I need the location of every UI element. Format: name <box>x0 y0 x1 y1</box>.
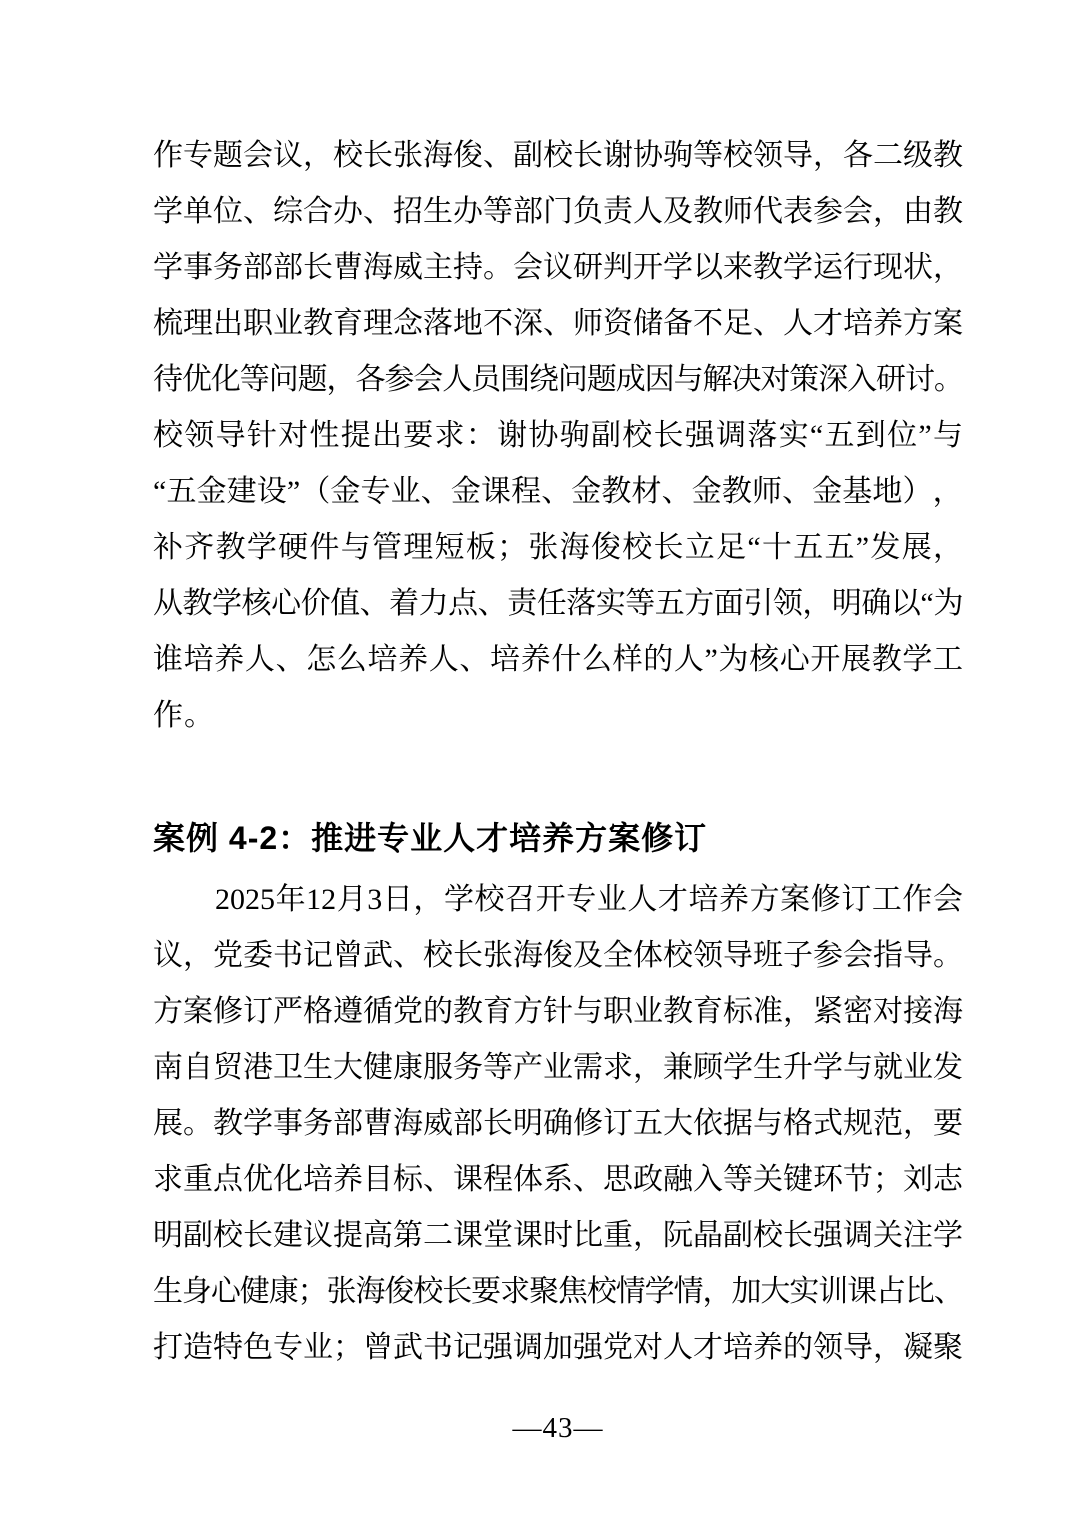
glyph: 板 <box>466 520 496 576</box>
glyph: 建 <box>227 464 257 520</box>
glyph: 单 <box>183 184 213 240</box>
text-line: “五金建设”（金专业、金课程、金教材、金教师、金基地）， <box>153 464 963 520</box>
glyph: 。 <box>483 240 513 296</box>
glyph: 强 <box>573 1320 603 1376</box>
glyph: 为 <box>719 632 749 688</box>
glyph: 二 <box>873 128 903 184</box>
glyph: 学 <box>783 240 813 296</box>
glyph: 判 <box>603 240 633 296</box>
glyph: 责 <box>603 184 633 240</box>
glyph: 张 <box>483 928 513 984</box>
glyph: ， <box>802 576 832 632</box>
glyph: 绕 <box>529 352 558 408</box>
glyph: 海 <box>513 928 543 984</box>
glyph: 事 <box>273 1096 303 1152</box>
glyph: 副 <box>591 408 621 464</box>
glyph: 发 <box>870 520 900 576</box>
glyph: （ <box>300 464 330 520</box>
glyph: 书 <box>423 1320 453 1376</box>
glyph: 人 <box>783 296 813 352</box>
glyph: 对 <box>633 1320 663 1376</box>
glyph: 与 <box>753 1096 783 1152</box>
glyph: 与 <box>843 1040 873 1096</box>
glyph: 办 <box>453 184 483 240</box>
glyph: 五 <box>166 464 196 520</box>
glyph: 张 <box>528 520 558 576</box>
glyph: 责 <box>507 576 537 632</box>
glyph: 现 <box>873 240 903 296</box>
glyph: 出 <box>213 296 243 352</box>
glyph: 以 <box>891 576 921 632</box>
glyph: 明 <box>832 576 862 632</box>
glyph: 发 <box>933 1040 963 1096</box>
glyph: 谢 <box>497 408 527 464</box>
glyph: 健 <box>363 1040 393 1096</box>
glyph: 比 <box>573 1208 603 1264</box>
glyph: 生 <box>423 184 453 240</box>
glyph: 体 <box>633 928 663 984</box>
glyph: 严 <box>273 984 303 1040</box>
glyph: 养 <box>398 632 428 688</box>
glyph: 足 <box>716 520 746 576</box>
glyph: 养 <box>719 872 749 928</box>
glyph: 大 <box>760 1264 789 1320</box>
text-line: 作专题会议，校长张海俊、副校长谢协驹等校领导，各二级教 <box>153 128 963 184</box>
glyph: 研 <box>876 352 905 408</box>
glyph: 教 <box>933 184 963 240</box>
glyph: 开 <box>633 240 663 296</box>
glyph: 优 <box>243 1152 273 1208</box>
glyph: 、 <box>421 464 451 520</box>
glyph: 展 <box>153 1096 183 1152</box>
glyph: 价 <box>301 576 331 632</box>
glyph: 件 <box>309 520 339 576</box>
glyph: 、 <box>276 632 306 688</box>
glyph: 合 <box>303 184 333 240</box>
text-line: 明副校长建议提高第二课堂课时比重，阮晶副校长强调关注学 <box>153 1208 963 1264</box>
glyph: 理 <box>183 296 213 352</box>
glyph: 党 <box>603 1320 633 1376</box>
glyph: 、 <box>459 632 489 688</box>
glyph: 围 <box>500 352 529 408</box>
text-line: 补齐教学硬件与管理短板；张海俊校长立足“十五五”发展， <box>153 520 963 576</box>
text-line: 谁培养人、怎么培养人、培养什么样的人”为核心开展教学工 <box>153 632 963 688</box>
glyph: 化 <box>273 1152 303 1208</box>
glyph: 针 <box>247 408 277 464</box>
glyph: 地 <box>872 464 902 520</box>
glyph: 专 <box>566 872 596 928</box>
glyph: 金 <box>571 464 601 520</box>
glyph: 体 <box>513 1152 543 1208</box>
glyph: ” <box>856 520 869 576</box>
glyph: 驹 <box>663 128 693 184</box>
glyph: 参 <box>813 928 843 984</box>
glyph: 长 <box>363 128 393 184</box>
glyph: 性 <box>309 408 339 464</box>
glyph: 着 <box>389 576 419 632</box>
glyph: 各 <box>355 352 384 408</box>
text-line: 展。教学事务部曹海威部长明确修订五大依据与格式规范，要 <box>153 1096 963 1152</box>
glyph: 作 <box>153 128 183 184</box>
glyph: 曹 <box>333 240 363 296</box>
glyph: ， <box>183 928 213 984</box>
glyph: 位 <box>213 184 243 240</box>
glyph: 到 <box>856 408 886 464</box>
glyph: 深 <box>818 352 847 408</box>
text-line: 方案修订严格遵循党的教育方针与职业教育标准，紧密对接海 <box>153 984 963 1040</box>
glyph: 服 <box>423 1040 453 1096</box>
glyph: 武 <box>393 1320 423 1376</box>
glyph: 晶 <box>693 1208 723 1264</box>
glyph: ， <box>933 520 963 576</box>
glyph: 对 <box>873 984 903 1040</box>
glyph: 环 <box>813 1152 843 1208</box>
glyph: 课 <box>453 1208 483 1264</box>
glyph: 密 <box>843 984 873 1040</box>
text-line: 生身心健康；张海俊校长要求聚焦校情学情，加大实训课占比、 <box>153 1264 963 1320</box>
glyph: 俊 <box>453 128 483 184</box>
glyph: 专 <box>361 464 391 520</box>
glyph: 优 <box>182 352 211 408</box>
glyph: 培 <box>843 296 873 352</box>
text-line: 2025年12月3日，学校召开专业人才培养方案修订工作会 <box>153 872 963 928</box>
glyph: 立 <box>685 520 715 576</box>
glyph: 学 <box>813 1040 843 1096</box>
glyph: 要 <box>471 1264 500 1320</box>
glyph: 级 <box>903 128 933 184</box>
glyph: 导 <box>216 408 246 464</box>
text-line: 学单位、综合办、招生办等部门负责人及教师代表参会，由教 <box>153 184 963 240</box>
glyph: 状 <box>903 240 933 296</box>
glyph: 3 <box>367 872 382 928</box>
glyph: 修 <box>213 984 243 1040</box>
glyph: 五 <box>825 520 855 576</box>
glyph: 校 <box>413 1264 442 1320</box>
glyph: 由 <box>903 184 933 240</box>
glyph: 门 <box>543 184 573 240</box>
glyph: 校 <box>153 408 183 464</box>
glyph: 办 <box>333 184 363 240</box>
glyph: 就 <box>873 1040 903 1096</box>
glyph: 职 <box>243 296 273 352</box>
glyph: 及 <box>663 184 693 240</box>
text-line: 从教学核心价值、着力点、责任落实等五方面引领，明确以“为 <box>153 576 963 632</box>
glyph: 目 <box>363 1152 393 1208</box>
case-paragraph: 2025年12月3日，学校召开专业人才培养方案修订工作会议，党委书记曾武、校长张… <box>153 872 963 1376</box>
glyph: 程 <box>483 1152 513 1208</box>
glyph: 部 <box>243 240 273 296</box>
glyph: 标 <box>393 1152 423 1208</box>
glyph: ” <box>705 632 718 688</box>
glyph: 落 <box>423 296 453 352</box>
glyph: 事 <box>183 240 213 296</box>
glyph: 产 <box>513 1040 543 1096</box>
glyph: 俊 <box>384 1264 413 1320</box>
glyph: 人 <box>633 184 663 240</box>
glyph: 海 <box>933 984 963 1040</box>
glyph: 确 <box>861 576 891 632</box>
glyph: 12 <box>306 872 336 928</box>
glyph: 教 <box>453 984 483 1040</box>
glyph: 对 <box>278 408 308 464</box>
glyph: 养 <box>521 632 551 688</box>
glyph: 参 <box>813 184 843 240</box>
glyph: 接 <box>903 984 933 1040</box>
glyph: 领 <box>813 1320 843 1376</box>
glyph: 领 <box>753 128 783 184</box>
glyph: 高 <box>363 1208 393 1264</box>
glyph: 案 <box>933 296 963 352</box>
glyph: 课 <box>481 464 511 520</box>
glyph: 资 <box>603 296 633 352</box>
glyph: 兼 <box>663 1040 693 1096</box>
glyph: 比 <box>905 1264 934 1320</box>
glyph: 会 <box>843 184 873 240</box>
glyph: 培 <box>490 632 520 688</box>
glyph: 海 <box>363 240 393 296</box>
glyph: 召 <box>505 872 535 928</box>
glyph: 培 <box>367 632 397 688</box>
text-line: 作。 <box>153 688 963 744</box>
glyph: 议 <box>543 240 573 296</box>
glyph: 式 <box>813 1096 843 1152</box>
glyph: 强 <box>813 1208 843 1264</box>
glyph: 怎 <box>306 632 336 688</box>
glyph: 。 <box>933 928 963 984</box>
glyph: 展 <box>902 520 932 576</box>
glyph: 金 <box>330 464 360 520</box>
glyph: 卫 <box>273 1040 303 1096</box>
glyph: 位 <box>887 408 917 464</box>
glyph: 负 <box>573 184 603 240</box>
glyph: 阮 <box>663 1208 693 1264</box>
glyph: 张 <box>327 1264 356 1320</box>
glyph: 聚 <box>933 1320 963 1376</box>
glyph: 实 <box>789 1264 818 1320</box>
glyph: 求 <box>435 408 465 464</box>
text-line: 梳理出职业教育理念落地不深、师资储备不足、人才培养方案 <box>153 296 963 352</box>
glyph: 融 <box>663 1152 693 1208</box>
glyph: 规 <box>843 1096 873 1152</box>
glyph: 谁 <box>153 632 183 688</box>
glyph: 的 <box>643 632 673 688</box>
glyph: 业 <box>303 1320 333 1376</box>
glyph: 的 <box>423 984 453 1040</box>
glyph: 、 <box>753 296 783 352</box>
glyph: 据 <box>723 1096 753 1152</box>
glyph: 训 <box>818 1264 847 1320</box>
glyph: 综 <box>273 184 303 240</box>
glyph: 、 <box>393 928 423 984</box>
glyph: 。 <box>183 1096 213 1152</box>
glyph: 标 <box>723 984 753 1040</box>
glyph: 研 <box>573 240 603 296</box>
glyph: 学 <box>723 1040 753 1096</box>
glyph: 学 <box>243 1096 273 1152</box>
glyph: 方 <box>750 872 780 928</box>
glyph: 实 <box>596 576 626 632</box>
glyph: 学 <box>247 520 277 576</box>
glyph: 方 <box>513 984 543 1040</box>
glyph: 加 <box>731 1264 760 1320</box>
document-page: 作专题会议，校长张海俊、副校长谢协驹等校领导，各二级教学单位、综合办、招生办等部… <box>0 0 1080 1527</box>
glyph: 系 <box>543 1152 573 1208</box>
glyph: 来 <box>723 240 753 296</box>
glyph: 加 <box>543 1320 573 1376</box>
glyph: 教 <box>601 464 631 520</box>
glyph: 题 <box>587 352 616 408</box>
glyph: 短 <box>435 520 465 576</box>
glyph: 俊 <box>543 928 573 984</box>
glyph: 出 <box>372 408 402 464</box>
glyph: ） <box>903 464 933 520</box>
glyph: ； <box>333 1320 363 1376</box>
glyph: 五 <box>793 520 823 576</box>
glyph: 会 <box>513 240 543 296</box>
glyph: 才 <box>658 872 688 928</box>
glyph: 与 <box>933 408 963 464</box>
glyph: 与 <box>674 352 703 408</box>
glyph: 的 <box>783 1320 813 1376</box>
glyph: 准 <box>753 984 783 1040</box>
glyph: 养 <box>333 1152 363 1208</box>
glyph: 海 <box>560 520 590 576</box>
glyph: 占 <box>876 1264 905 1320</box>
glyph: 循 <box>363 984 393 1040</box>
glyph: 焦 <box>558 1264 587 1320</box>
glyph: 年 <box>276 872 306 928</box>
glyph: ， <box>933 464 963 520</box>
glyph: 教 <box>183 576 213 632</box>
glyph: 心 <box>211 1264 240 1320</box>
glyph: 长 <box>243 1208 273 1264</box>
glyph: 点 <box>213 1152 243 1208</box>
glyph: 二 <box>423 1208 453 1264</box>
glyph: 落 <box>747 408 777 464</box>
glyph: 师 <box>752 464 782 520</box>
glyph: 学 <box>153 184 183 240</box>
glyph: 康 <box>269 1264 298 1320</box>
glyph: 任 <box>537 576 567 632</box>
glyph: 足 <box>723 296 753 352</box>
glyph: 格 <box>783 1096 813 1152</box>
glyph: 题 <box>298 352 327 408</box>
glyph: “ <box>153 464 166 520</box>
glyph: 培 <box>723 1320 753 1376</box>
glyph: 校 <box>663 928 693 984</box>
glyph: 曹 <box>363 1096 393 1152</box>
glyph: ” <box>918 408 931 464</box>
glyph: 业 <box>391 464 421 520</box>
glyph: 养 <box>873 296 903 352</box>
glyph: 张 <box>393 128 423 184</box>
glyph: 策 <box>789 352 818 408</box>
glyph: 五 <box>655 576 685 632</box>
glyph: 节 <box>843 1152 873 1208</box>
glyph: 讨 <box>905 352 934 408</box>
glyph: 班 <box>753 928 783 984</box>
glyph: 教 <box>213 1096 243 1152</box>
glyph: 针 <box>543 984 573 1040</box>
glyph: 求 <box>500 1264 529 1320</box>
glyph: 师 <box>723 184 753 240</box>
glyph: 部 <box>513 184 543 240</box>
glyph: 。 <box>934 352 963 408</box>
glyph: 题 <box>213 128 243 184</box>
glyph: 特 <box>213 1320 243 1376</box>
glyph: 学 <box>444 872 474 928</box>
glyph: 校 <box>622 520 652 576</box>
glyph: 提 <box>341 408 371 464</box>
glyph: 副 <box>183 1208 213 1264</box>
glyph: 、 <box>543 296 573 352</box>
glyph: 、 <box>360 576 390 632</box>
glyph: ， <box>933 240 963 296</box>
glyph: 子 <box>783 928 813 984</box>
glyph: 专 <box>183 128 213 184</box>
glyph: 会 <box>413 352 442 408</box>
glyph: 对 <box>760 352 789 408</box>
glyph: 梳 <box>153 296 183 352</box>
glyph: 育 <box>333 296 363 352</box>
glyph: 十 <box>762 520 792 576</box>
glyph: 订 <box>603 1096 633 1152</box>
glyph: 部 <box>333 1096 363 1152</box>
glyph: 政 <box>633 1152 663 1208</box>
glyph: 长 <box>442 1264 471 1320</box>
glyph: 部 <box>453 1096 483 1152</box>
glyph: 刘 <box>903 1152 933 1208</box>
glyph: 格 <box>303 984 333 1040</box>
glyph: 顾 <box>693 1040 723 1096</box>
glyph: ， <box>873 184 903 240</box>
glyph: 紧 <box>813 984 843 1040</box>
glyph: 武 <box>363 928 393 984</box>
glyph: 落 <box>566 576 596 632</box>
glyph: 注 <box>903 1208 933 1264</box>
glyph: 金 <box>197 464 227 520</box>
glyph: 等 <box>483 184 513 240</box>
glyph: 、 <box>483 128 513 184</box>
glyph: 威 <box>393 240 423 296</box>
glyph: 设 <box>257 464 287 520</box>
glyph: 课 <box>453 1152 483 1208</box>
glyph: 凝 <box>903 1320 933 1376</box>
glyph: 等 <box>240 352 269 408</box>
glyph: ， <box>813 128 843 184</box>
glyph: ， <box>413 872 443 928</box>
glyph: 教 <box>663 984 693 1040</box>
glyph: 业 <box>633 984 663 1040</box>
glyph: 导 <box>723 928 753 984</box>
glyph: 作 <box>902 872 932 928</box>
glyph: 调 <box>513 1320 543 1376</box>
glyph: 领 <box>693 928 723 984</box>
glyph: 代 <box>753 184 783 240</box>
glyph: 理 <box>403 520 433 576</box>
glyph: 南 <box>153 1040 183 1096</box>
glyph: 要 <box>403 408 433 464</box>
glyph: 样 <box>613 632 643 688</box>
glyph: 大 <box>333 1040 363 1096</box>
glyph: 人 <box>442 352 471 408</box>
glyph: 补 <box>153 520 183 576</box>
glyph: 入 <box>847 352 876 408</box>
glyph: 点 <box>448 576 478 632</box>
glyph: 海 <box>355 1264 384 1320</box>
glyph: 教 <box>693 184 723 240</box>
glyph: 人 <box>674 632 704 688</box>
